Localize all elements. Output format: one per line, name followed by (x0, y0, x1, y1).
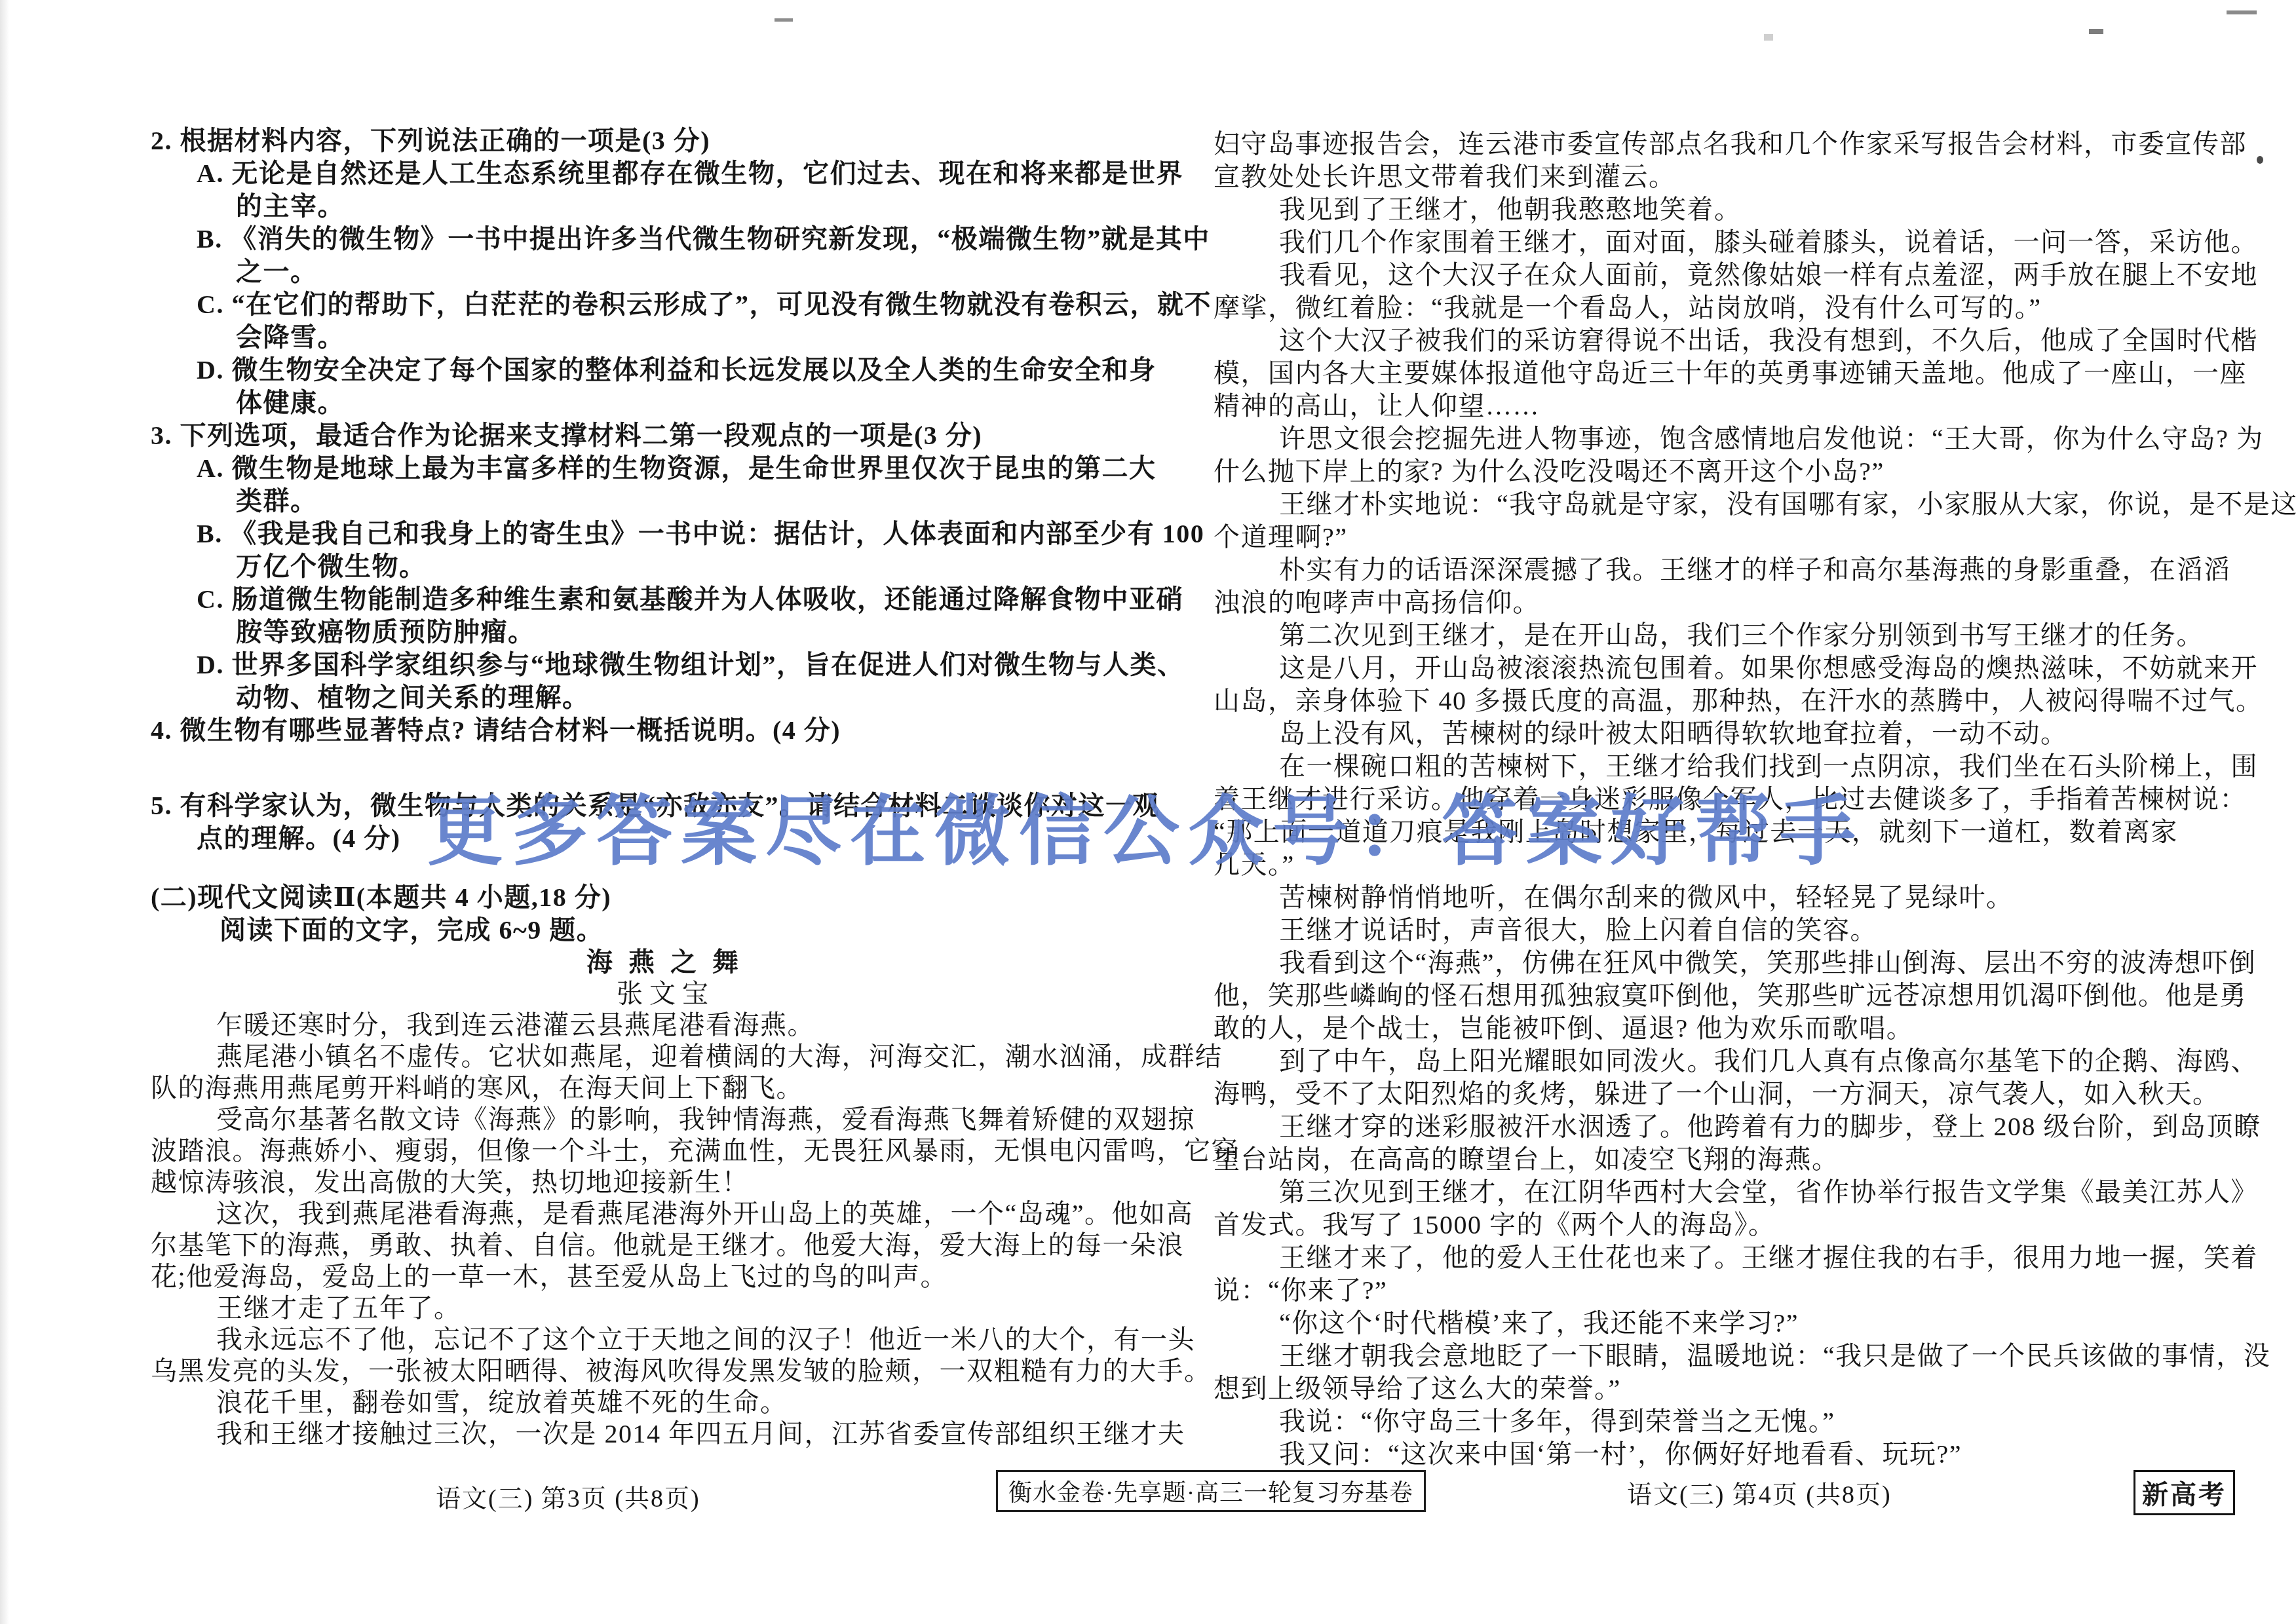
text-line: 越惊涛骇浪，发出高傲的大笑，热切地迎接新生！ (151, 1167, 1174, 1198)
text-line: “你这个‘时代楷模’来了，我还能不来学习?” (1214, 1307, 2257, 1340)
text-line: 王继才穿的迷彩服被汗水洇透了。他跨着有力的脚步，登上 208 级台阶，到岛顶瞭 (1214, 1110, 2257, 1143)
text-line: 什么抛下岸上的家? 为什么没吃没喝还不离开这个小岛?” (1214, 455, 2257, 488)
text-line: 王继才来了，他的爱人王仕花也来了。王继才握住我的右手，很用力地一握，笑着 (1214, 1241, 2257, 1274)
text-line: 体健康。 (151, 387, 1174, 419)
scan-artifact (1764, 34, 1773, 41)
text-line: 阅读下面的文字，完成 6~9 题。 (151, 914, 1174, 947)
text-line: 乌黑发亮的头发，一张被太阳晒得、被海风吹得发黑发皱的脸颊，一双粗糙有力的大手。 (151, 1355, 1174, 1387)
scan-artifact (775, 18, 793, 22)
text-line: 许思文很会挖掘先进人物事迹，饱含感情地启发他说：“王大哥，你为什么守岛? 为 (1214, 423, 2257, 455)
text-line: C. 肠道微生物能制造多种维生素和氨基酸并为人体吸收，还能通过降解食物中亚硝 (151, 583, 1174, 616)
text-line: 王继才说话时，声音很大，脸上闪着自信的笑容。 (1214, 914, 2257, 947)
text-line: 王继才朝我会意地眨了一下眼睛，温暖地说：“我只是做了一个民兵该做的事情，没 (1214, 1340, 2257, 1372)
text-line: 望台站岗，在高高的瞭望台上，如凌空飞翔的海燕。 (1214, 1143, 2257, 1176)
text-line: 浊浪的咆哮声中高扬信仰。 (1214, 586, 2257, 619)
scan-artifact (2257, 156, 2263, 164)
scan-artifact (2089, 29, 2103, 34)
text-line: 这是八月，开山岛被滚滚热流包围着。如果你想感受海岛的燠热滋味，不妨就来开 (1214, 652, 2257, 685)
text-line: 王继才朴实地说：“我守岛就是守家，没有国哪有家，小家服从大家，你说，是不是这 (1214, 488, 2257, 521)
text-line: 我看见，这个大汉子在众人面前，竟然像姑娘一样有点羞涩，两手放在腿上不安地 (1214, 259, 2257, 292)
text-line: 我说：“你守岛三十多年，得到荣誉当之无愧。” (1214, 1405, 2257, 1438)
text-line: 海鸭，受不了太阳烈焰的炙烤，躲进了一个山洞，一方洞天，凉气袭人，如入秋天。 (1214, 1078, 2257, 1110)
text-line: 敢的人，是个战士，岂能被吓倒、逼退? 他为欢乐而歌唱。 (1214, 1012, 2257, 1045)
text-line: 这个大汉子被我们的采访窘得说不出话，我没有想到，不久后，他成了全国时代楷 (1214, 324, 2257, 357)
text-line: 我见到了王继才，他朝我憨憨地笑着。 (1214, 193, 2257, 226)
watermark-text: 更多答案尽在微信公众号：答案好帮手 (427, 770, 1864, 880)
text-line: 我和王继才接触过三次，一次是 2014 年四五月间，江苏省委宣传部组织王继才夫 (151, 1418, 1174, 1450)
text-line: 会降雪。 (151, 321, 1174, 354)
scan-edge-shadow (0, 0, 9, 1624)
scan-artifact (2227, 10, 2257, 14)
text-line: D. 微生物安全决定了每个国家的整体利益和长远发展以及全人类的生命安全和身 (151, 354, 1174, 387)
text-line: 队的海燕用燕尾剪开料峭的寒风，在海天间上下翻飞。 (151, 1072, 1174, 1104)
text-line: 花;他爱海岛，爱岛上的一草一木，甚至爱从岛上飞过的鸟的叫声。 (151, 1261, 1174, 1293)
new-gaokao-badge: 新高考 (2133, 1470, 2235, 1515)
text-line: D. 世界多国科学家组织参与“地球微生物组计划”，旨在促进人们对微生物与人类、 (151, 649, 1174, 681)
text-line: 他，笑那些嶙峋的怪石想用孤独寂寞吓倒他，笑那些旷远苍凉想用饥渴吓倒他。他是勇 (1214, 979, 2257, 1012)
text-line: 说：“你来了?” (1214, 1274, 2257, 1307)
text-line: 的主宰。 (151, 190, 1174, 223)
text-line: 个道理啊?” (1214, 521, 2257, 554)
text-line: 浪花千里，翻卷如雪，绽放着英雄不死的生命。 (151, 1387, 1174, 1418)
text-line: 妇守岛事迹报告会，连云港市委宣传部点名我和几个作家采写报告会材料，市委宣传部 (1214, 128, 2257, 161)
text-line: 模，国内各大主要媒体报道他守岛近三十年的英勇事迹铺天盖地。他成了一座山，一座 (1214, 357, 2257, 390)
text-line: 精神的高山，让人仰望…… (1214, 390, 2257, 423)
text-line: A. 微生物是地球上最为丰富多样的生物资源，是生命世界里仅次于昆虫的第二大 (151, 452, 1174, 485)
page4-footer-pagination: 语文(三) 第4页 (共8页) (1627, 1474, 1892, 1510)
text-line: 我看到这个“海燕”，仿佛在狂风中微笑，笑那些排山倒海、层出不穷的波涛想吓倒 (1214, 947, 2257, 979)
text-line: 张文宝 (151, 978, 1174, 1010)
text-line: 类群。 (151, 485, 1174, 518)
exam-series-box: 衡水金卷·先享题·高三一轮复习夯基卷 (996, 1470, 1426, 1512)
text-line: 摩挲，微红着脸：“我就是一个看岛人，站岗放哨，没有什么可写的。” (1214, 292, 2257, 324)
text-line: 山岛，亲身体验下 40 多摄氏度的高温，那种热，在汗水的蒸腾中，人被闷得喘不过气… (1214, 685, 2257, 717)
text-line: 王继才走了五年了。 (151, 1293, 1174, 1324)
text-line: 动物、植物之间关系的理解。 (151, 681, 1174, 714)
text-line: 宣教处处长许思文带着我们来到灌云。 (1214, 161, 2257, 193)
text-line: 2. 根据材料内容，下列说法正确的一项是(3 分) (151, 124, 1174, 157)
text-line: 朴实有力的话语深深震撼了我。王继才的样子和高尔基海燕的身影重叠，在滔滔 (1214, 554, 2257, 586)
text-line: 海燕之舞 (151, 947, 1174, 978)
text-line: 我又问：“这次来中国‘第一村’，你俩好好地看看、玩玩?” (1214, 1438, 2257, 1471)
text-line: 我永远忘不了他，忘记不了这个立于天地之间的汉子！他近一米八的大个，有一头 (151, 1324, 1174, 1355)
scanned-exam-sheet: 2. 根据材料内容，下列说法正确的一项是(3 分)A. 无论是自然还是人工生态系… (0, 0, 2296, 1624)
page3-footer-pagination: 语文(三) 第3页 (共8页) (436, 1478, 700, 1514)
text-line: 3. 下列选项，最适合作为论据来支撑材料二第一段观点的一项是(3 分) (151, 419, 1174, 452)
text-line: (二)现代文阅读Ⅱ(本题共 4 小题,18 分) (151, 881, 1174, 914)
text-line: 我们几个作家围着王继才，面对面，膝头碰着膝头，说着话，一问一答，采访他。 (1214, 226, 2257, 259)
text-line: 万亿个微生物。 (151, 550, 1174, 583)
text-line: 乍暖还寒时分，我到连云港灌云县燕尾港看海燕。 (151, 1010, 1174, 1041)
text-line: B. 《消失的微生物》一书中提出许多当代微生物研究新发现，“极端微生物”就是其中 (151, 223, 1174, 255)
text-line: 燕尾港小镇名不虚传。它状如燕尾，迎着横阔的大海，河海交汇，潮水汹涌，成群结 (151, 1041, 1174, 1072)
text-line: 第三次见到王继才，在江阴华西村大会堂，省作协举行报告文学集《最美江苏人》 (1214, 1176, 2257, 1209)
text-line: 苦楝树静悄悄地听，在偶尔刮来的微风中，轻轻晃了晃绿叶。 (1214, 881, 2257, 914)
text-line: 首发式。我写了 15000 字的《两个人的海岛》。 (1214, 1209, 2257, 1241)
text-line: C. “在它们的帮助下，白茫茫的卷积云形成了”，可见没有微生物就没有卷积云，就不 (151, 288, 1174, 321)
text-line: 波踏浪。海燕娇小、瘦弱，但像一个斗士，充满血性，无畏狂风暴雨，无惧电闪雷鸣，它穿 (151, 1135, 1174, 1167)
text-line: 4. 微生物有哪些显著特点? 请结合材料一概括说明。(4 分) (151, 714, 1174, 747)
text-line: 想到上级领导给了这么大的荣誉。” (1214, 1372, 2257, 1405)
text-line: 第二次见到王继才，是在开山岛，我们三个作家分别领到书写王继才的任务。 (1214, 619, 2257, 652)
text-line: 胺等致癌物质预防肿瘤。 (151, 616, 1174, 649)
text-line: A. 无论是自然还是人工生态系统里都存在微生物，它们过去、现在和将来都是世界 (151, 157, 1174, 190)
text-line: 这次，我到燕尾港看海燕，是看燕尾港海外开山岛上的英雄，一个“岛魂”。他如高 (151, 1198, 1174, 1230)
text-line: 到了中午，岛上阳光耀眼如同泼火。我们几人真有点像高尔基笔下的企鹅、海鸥、 (1214, 1045, 2257, 1078)
text-line: 尔基笔下的海燕，勇敢、执着、自信。他就是王继才。他爱大海，爱大海上的每一朵浪 (151, 1230, 1174, 1261)
text-line: B. 《我是我自己和我身上的寄生虫》一书中说：据估计，人体表面和内部至少有 10… (151, 518, 1174, 550)
text-line: 岛上没有风，苦楝树的绿叶被太阳晒得软软地耷拉着，一动不动。 (1214, 717, 2257, 750)
text-line: 受高尔基著名散文诗《海燕》的影响，我钟情海燕，爱看海燕飞舞着矫健的双翅掠 (151, 1104, 1174, 1135)
text-line: 之一。 (151, 255, 1174, 288)
